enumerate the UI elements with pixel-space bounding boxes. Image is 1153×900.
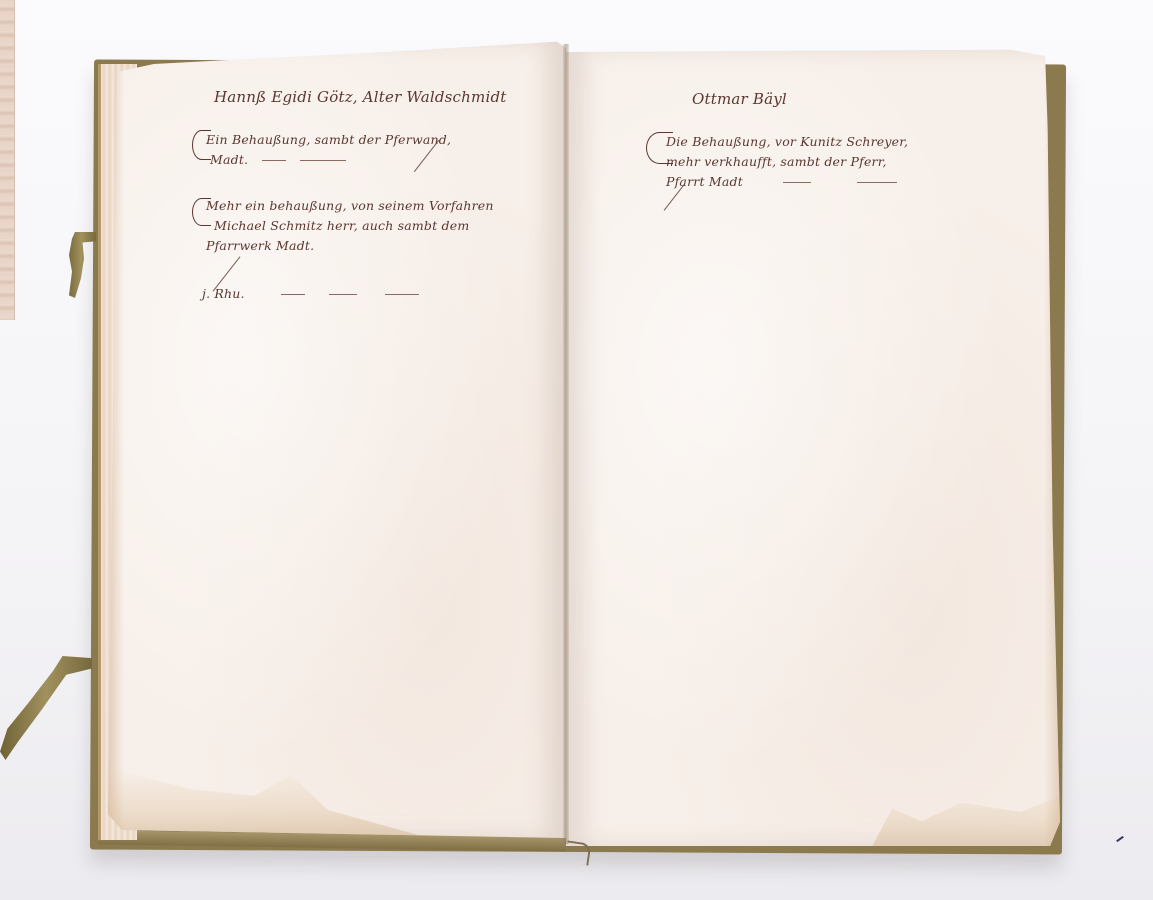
entry-line: Michael Schmitz herr, auch sambt dem xyxy=(206,216,494,236)
entry-line: Pfarrwerk Madt. xyxy=(206,236,494,256)
entry-line: Mehr ein behaußung, von seinem Vorfahren xyxy=(206,196,494,216)
left-entry-1: Ein Behaußung, sambt der Pferwand, Madt. xyxy=(206,130,451,170)
entry-line: Ein Behaußung, sambt der Pferwand, xyxy=(206,130,451,150)
water-stain xyxy=(566,784,1060,846)
filler-dash xyxy=(857,182,897,183)
book-gutter xyxy=(563,44,569,844)
entry-line: Pfarrt Madt xyxy=(666,174,743,189)
left-page-heading: Hannß Egidi Götz, Alter Waldschmidt xyxy=(214,88,506,116)
entry-line-with-dash: Madt. xyxy=(206,150,451,170)
filler-dash xyxy=(385,294,419,295)
bookmark-ribbon-top xyxy=(66,232,96,298)
filler-dash xyxy=(329,294,357,295)
heading-text: Ottmar Bäyl xyxy=(692,90,787,108)
entry-line: Madt. xyxy=(210,152,248,167)
right-page-heading: Ottmar Bäyl xyxy=(692,90,787,118)
left-entry-3: j. Rhu. xyxy=(202,284,419,304)
bookmark-ribbon-bottom xyxy=(0,656,92,760)
entry-line-with-dash: Pfarrt Madt xyxy=(666,172,908,192)
entry-line: j. Rhu. xyxy=(202,286,245,301)
right-page: Ottmar Bäyl Die Behaußung, vor Kunitz Sc… xyxy=(566,48,1060,846)
water-stain xyxy=(108,768,566,838)
right-entry-1: Die Behaußung, vor Kunitz Schreyer, mehr… xyxy=(666,132,908,192)
entry-line: mehr verkhaufft, sambt der Pferr, xyxy=(666,152,908,172)
entry-line-with-dash: j. Rhu. xyxy=(202,284,419,304)
photo-scene: Hannß Egidi Götz, Alter Waldschmidt Ein … xyxy=(0,0,1153,900)
heading-text: Hannß Egidi Götz, Alter Waldschmidt xyxy=(214,88,506,106)
filler-dash xyxy=(262,160,286,161)
left-entry-2: Mehr ein behaußung, von seinem Vorfahren… xyxy=(206,196,494,256)
entry-line: Die Behaußung, vor Kunitz Schreyer, xyxy=(666,132,908,152)
filler-dash xyxy=(783,182,811,183)
left-page: Hannß Egidi Götz, Alter Waldschmidt Ein … xyxy=(108,40,566,838)
filler-dash xyxy=(281,294,305,295)
filler-dash xyxy=(300,160,346,161)
wooden-surface-edge xyxy=(0,0,15,320)
ink-speck xyxy=(1116,836,1124,842)
